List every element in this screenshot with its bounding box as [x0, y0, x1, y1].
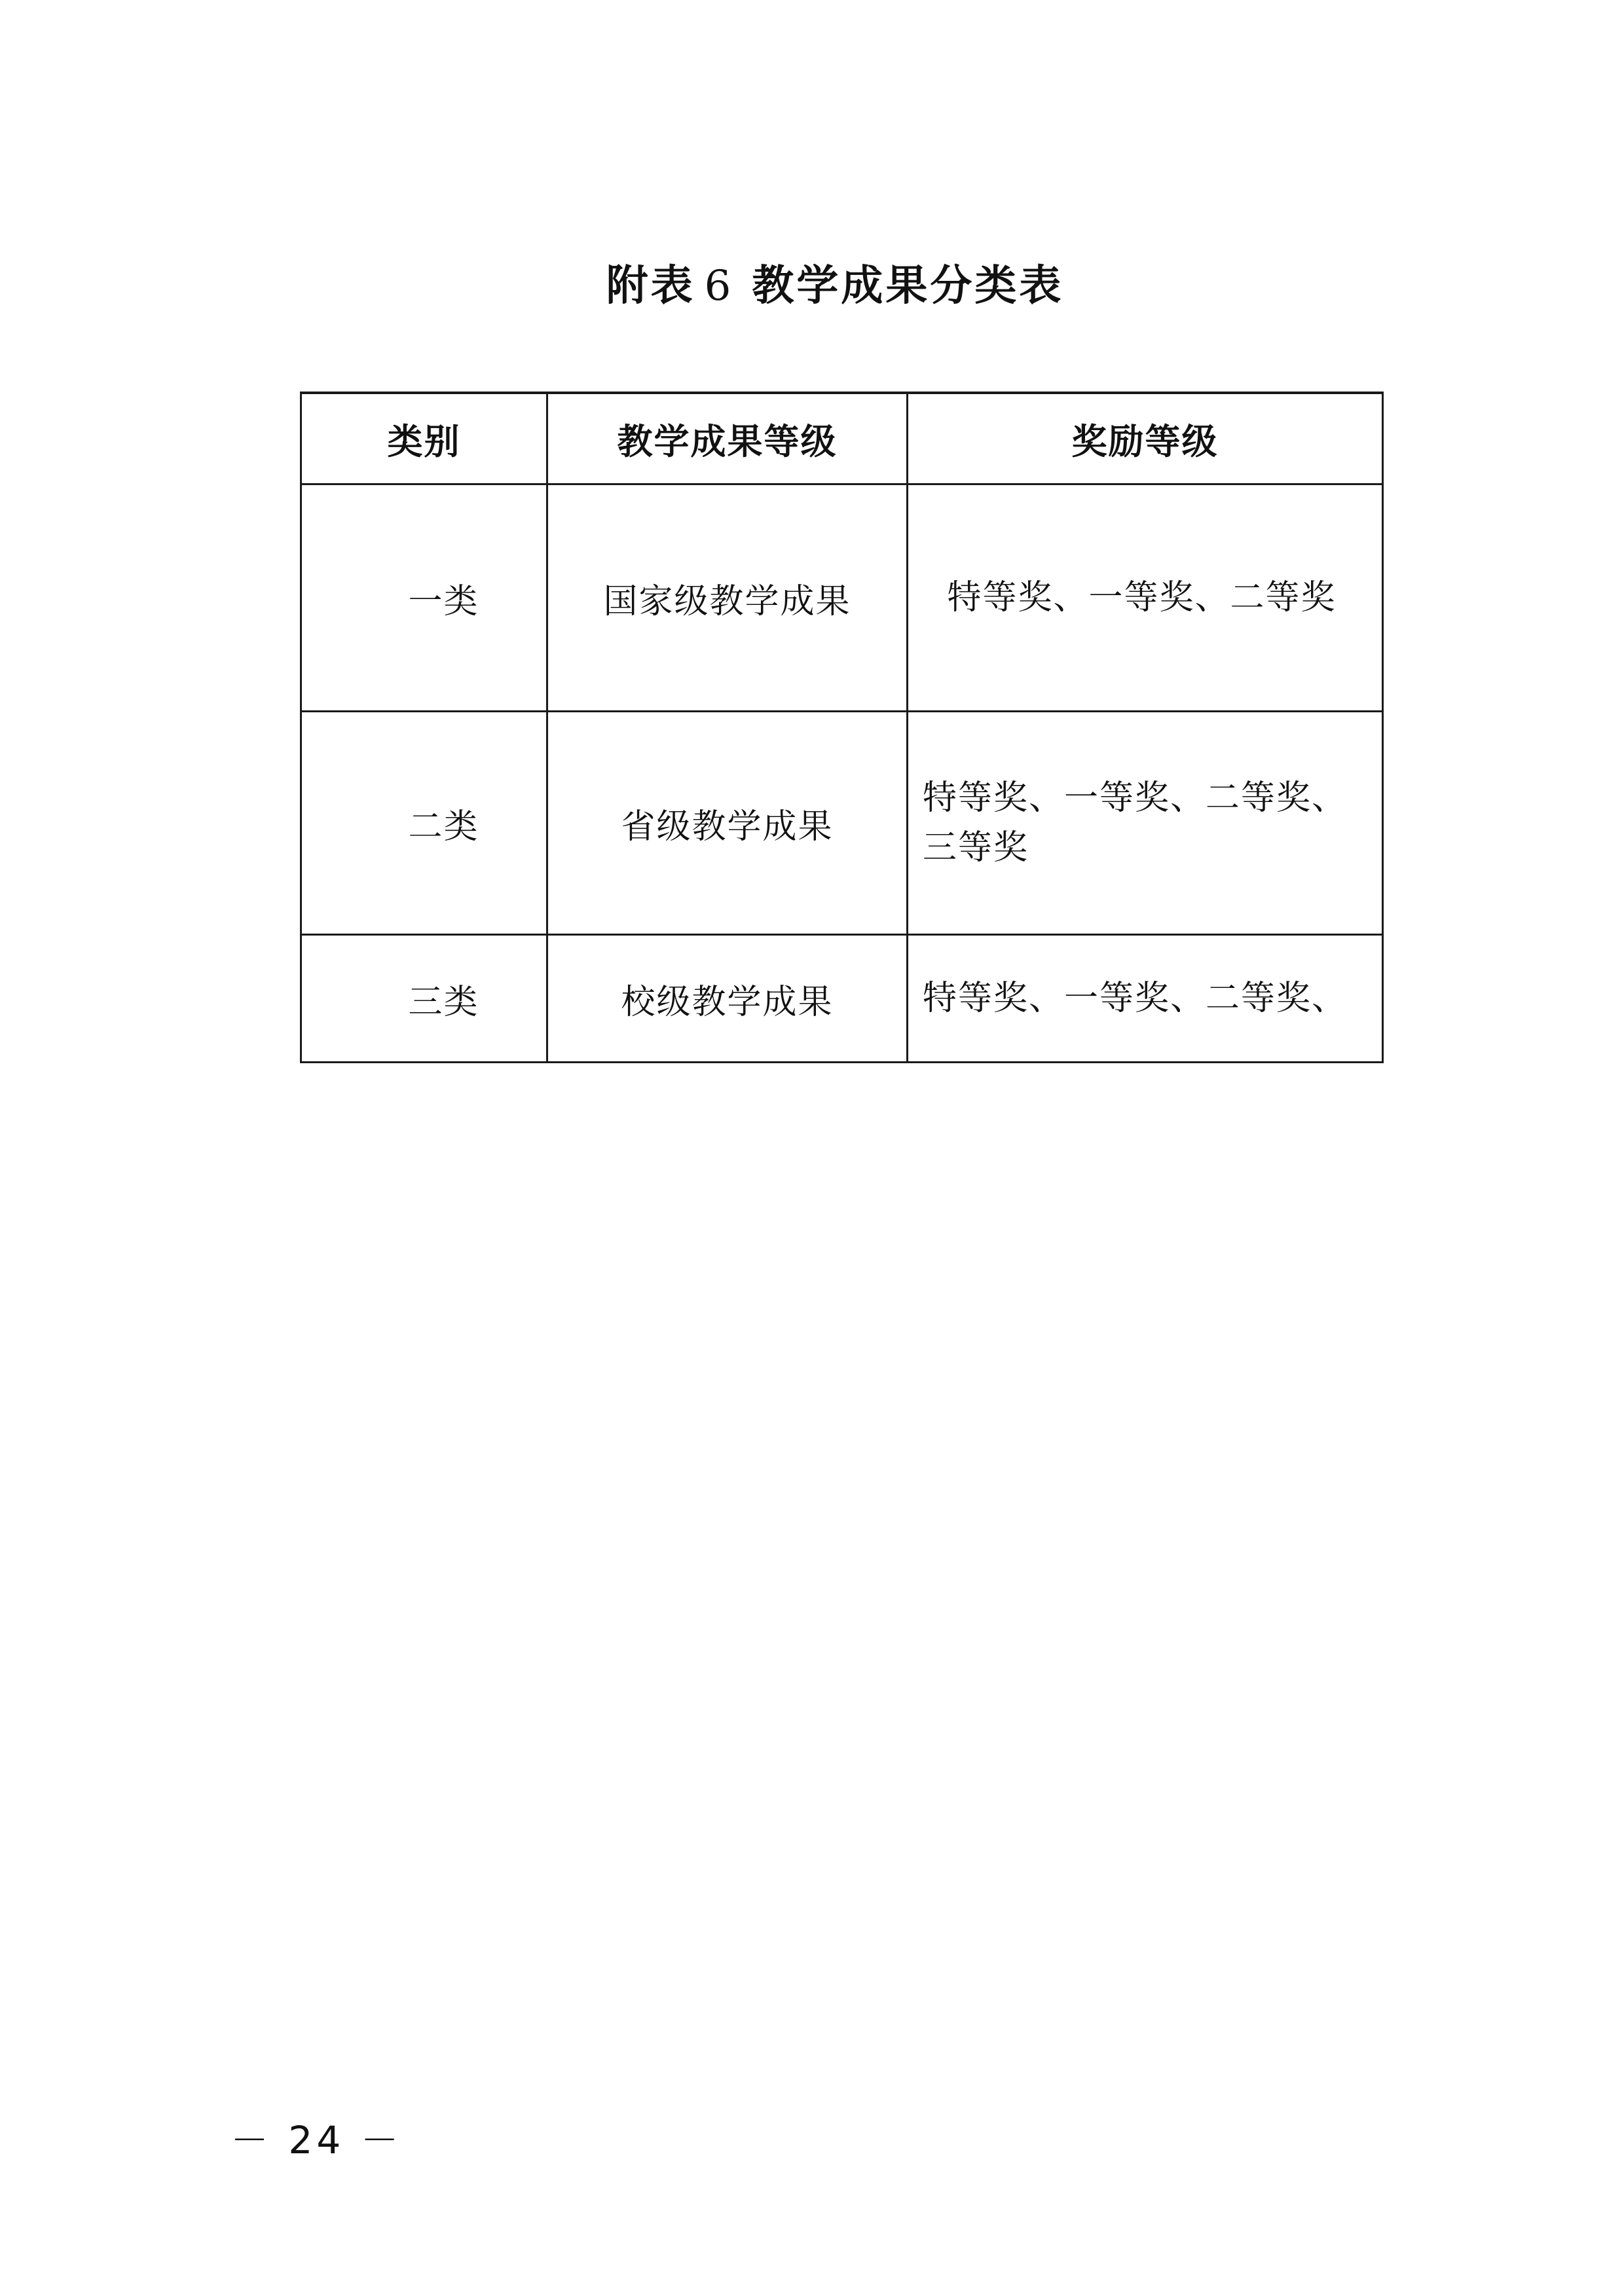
table-row: 一类 国家级教学成果 特等奖、一等奖、二等奖 — [301, 484, 1383, 712]
table-header-row: 类别 教学成果等级 奖励等级 — [301, 393, 1383, 484]
title-prefix: 附表 — [606, 262, 695, 310]
award-levels-cell: 特等奖、一等奖、二等奖、三等奖 — [908, 712, 1383, 935]
achievement-classification-table: 类别 教学成果等级 奖励等级 一类 国家级教学成果 特等奖、一等奖、二等奖 二类… — [300, 392, 1384, 1063]
achievement-level-cell: 省级教学成果 — [547, 712, 908, 935]
header-category: 类别 — [301, 393, 547, 484]
award-levels-cell: 特等奖、一等奖、二等奖、 — [908, 935, 1383, 1063]
table-row: 三类 校级教学成果 特等奖、一等奖、二等奖、 — [301, 935, 1383, 1063]
achievement-level-cell: 校级教学成果 — [547, 935, 908, 1063]
category-cell: 三类 — [301, 935, 547, 1063]
page-title: 附表6教学成果分类表 — [0, 257, 1624, 316]
achievement-level-cell: 国家级教学成果 — [547, 484, 908, 712]
category-cell: 一类 — [301, 484, 547, 712]
title-text: 教学成果分类表 — [752, 262, 1063, 310]
category-cell: 二类 — [301, 712, 547, 935]
table-row: 二类 省级教学成果 特等奖、一等奖、二等奖、三等奖 — [301, 712, 1383, 935]
award-levels-cell: 特等奖、一等奖、二等奖 — [908, 484, 1383, 712]
title-number: 6 — [705, 262, 734, 310]
header-achievement-level: 教学成果等级 — [547, 393, 908, 484]
page-number: － 24 － — [231, 2109, 403, 2164]
header-award-level: 奖励等级 — [908, 393, 1383, 484]
